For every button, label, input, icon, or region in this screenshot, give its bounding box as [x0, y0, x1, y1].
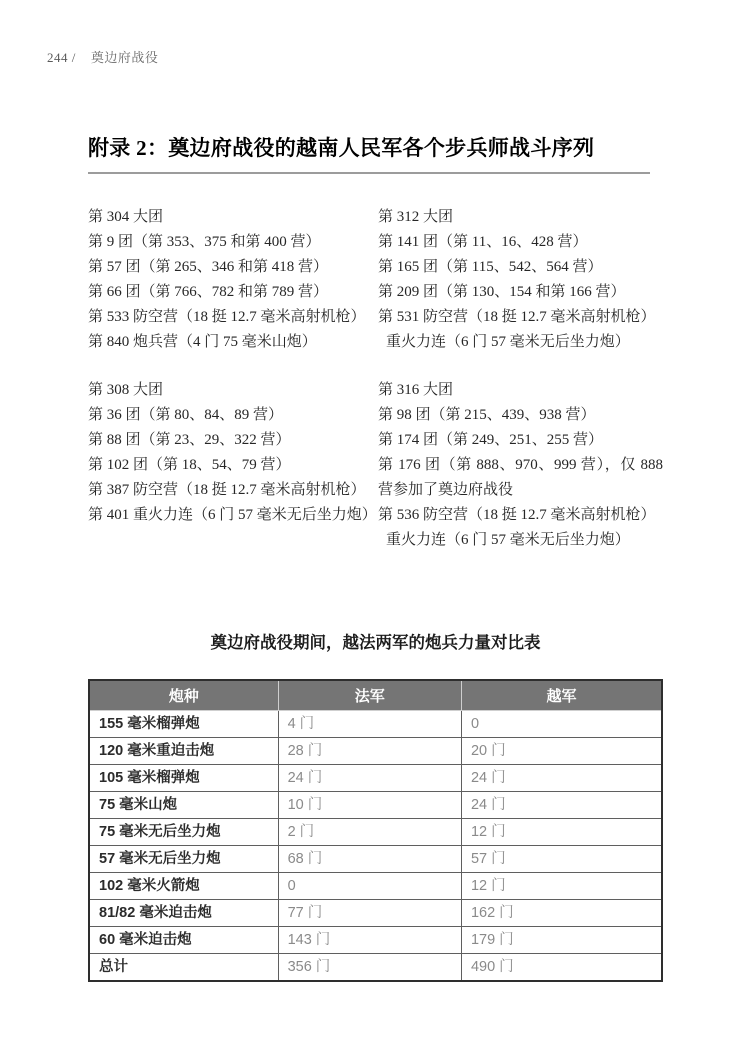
table-row: 75 毫米无后坐力炮2 门12 门 — [89, 819, 662, 846]
division-heading: 第 312 大团 — [378, 205, 663, 230]
page-content: 附录 2：奠边府战役的越南人民军各个步兵师战斗序列 第 304 大团第 9 团（… — [88, 0, 663, 982]
unit-line: 第 531 防空营（18 挺 12.7 毫米高射机枪） — [378, 305, 663, 330]
division-block: 第 316 大团第 98 团（第 215、439、938 营）第 174 团（第… — [378, 378, 663, 553]
artillery-type-cell: 105 毫米榴弹炮 — [89, 765, 278, 792]
french-count-cell: 143 门 — [278, 927, 461, 954]
viet-count-cell: 12 门 — [461, 873, 662, 900]
table-row: 120 毫米重迫击炮28 门20 门 — [89, 738, 662, 765]
page-number: 244 / — [47, 50, 76, 65]
viet-count-cell: 24 门 — [461, 792, 662, 819]
table-row: 81/82 毫米迫击炮77 门162 门 — [89, 900, 662, 927]
unit-line: 第 98 团（第 215、439、938 营） — [378, 403, 663, 428]
unit-line: 第 840 炮兵营（4 门 75 毫米山炮） — [88, 330, 378, 355]
order-of-battle-right-column: 第 312 大团第 141 团（第 11、16、428 营）第 165 团（第 … — [378, 205, 663, 553]
unit-line: 第 176 团（第 888、970、999 营），仅 888 — [378, 453, 663, 478]
col-header-viet-army: 越军 — [461, 680, 662, 711]
unit-line: 重火力连（6 门 57 毫米无后坐力炮） — [378, 528, 663, 553]
artillery-type-cell: 102 毫米火箭炮 — [89, 873, 278, 900]
artillery-type-cell: 57 毫米无后坐力炮 — [89, 846, 278, 873]
viet-count-cell: 12 门 — [461, 819, 662, 846]
unit-line: 第 102 团（第 18、54、79 营） — [88, 453, 378, 478]
col-header-artillery-type: 炮种 — [89, 680, 278, 711]
unit-line: 营参加了奠边府战役 — [378, 478, 663, 503]
french-count-cell: 77 门 — [278, 900, 461, 927]
col-header-french-army: 法军 — [278, 680, 461, 711]
unit-line: 第 401 重火力连（6 门 57 毫米无后坐力炮） — [88, 503, 378, 528]
table-row: 102 毫米火箭炮012 门 — [89, 873, 662, 900]
unit-line: 第 9 团（第 353、375 和第 400 营） — [88, 230, 378, 255]
table-row: 155 毫米榴弹炮4 门0 — [89, 711, 662, 738]
unit-line: 第 165 团（第 115、542、564 营） — [378, 255, 663, 280]
division-block: 第 312 大团第 141 团（第 11、16、428 营）第 165 团（第 … — [378, 205, 663, 355]
table-row: 75 毫米山炮10 门24 门 — [89, 792, 662, 819]
french-count-cell: 68 门 — [278, 846, 461, 873]
unit-line: 第 536 防空营（18 挺 12.7 毫米高射机枪） — [378, 503, 663, 528]
unit-line: 第 533 防空营（18 挺 12.7 毫米高射机枪） — [88, 305, 378, 330]
french-count-cell: 0 — [278, 873, 461, 900]
viet-count-cell: 24 门 — [461, 765, 662, 792]
artillery-type-cell: 75 毫米无后坐力炮 — [89, 819, 278, 846]
viet-count-cell: 57 门 — [461, 846, 662, 873]
viet-count-cell: 162 门 — [461, 900, 662, 927]
division-block: 第 308 大团第 36 团（第 80、84、89 营）第 88 团（第 23、… — [88, 378, 378, 528]
unit-line: 第 141 团（第 11、16、428 营） — [378, 230, 663, 255]
table-row: 105 毫米榴弹炮24 门24 门 — [89, 765, 662, 792]
division-heading: 第 308 大团 — [88, 378, 378, 403]
artillery-type-cell: 81/82 毫米迫击炮 — [89, 900, 278, 927]
order-of-battle: 第 304 大团第 9 团（第 353、375 和第 400 营）第 57 团（… — [88, 205, 663, 553]
unit-line: 第 174 团（第 249、251、255 营） — [378, 428, 663, 453]
unit-line: 第 209 团（第 130、154 和第 166 营） — [378, 280, 663, 305]
french-count-cell: 10 门 — [278, 792, 461, 819]
french-count-cell: 2 门 — [278, 819, 461, 846]
division-block: 第 304 大团第 9 团（第 353、375 和第 400 营）第 57 团（… — [88, 205, 378, 355]
artillery-type-cell: 60 毫米迫击炮 — [89, 927, 278, 954]
viet-count-cell: 490 门 — [461, 954, 662, 982]
appendix-title: 附录 2：奠边府战役的越南人民军各个步兵师战斗序列 — [88, 0, 663, 162]
unit-line: 第 66 团（第 766、782 和第 789 营） — [88, 280, 378, 305]
artillery-type-cell: 75 毫米山炮 — [89, 792, 278, 819]
unit-line: 第 57 团（第 265、346 和第 418 营） — [88, 255, 378, 280]
unit-line: 第 88 团（第 23、29、322 营） — [88, 428, 378, 453]
unit-line: 第 387 防空营（18 挺 12.7 毫米高射机枪） — [88, 478, 378, 503]
french-count-cell: 4 门 — [278, 711, 461, 738]
table-total-row: 总计356 门490 门 — [89, 954, 662, 982]
artillery-comparison-table: 炮种法军越军 155 毫米榴弹炮4 门0120 毫米重迫击炮28 门20 门10… — [88, 679, 663, 982]
division-heading: 第 316 大团 — [378, 378, 663, 403]
viet-count-cell: 20 门 — [461, 738, 662, 765]
artillery-type-cell: 120 毫米重迫击炮 — [89, 738, 278, 765]
artillery-type-cell: 155 毫米榴弹炮 — [89, 711, 278, 738]
viet-count-cell: 179 门 — [461, 927, 662, 954]
unit-line: 第 36 团（第 80、84、89 营） — [88, 403, 378, 428]
table-header-row: 炮种法军越军 — [89, 680, 662, 711]
table-row: 60 毫米迫击炮143 门179 门 — [89, 927, 662, 954]
french-count-cell: 356 门 — [278, 954, 461, 982]
comparison-table-title: 奠边府战役期间，越法两军的炮兵力量对比表 — [88, 633, 663, 654]
french-count-cell: 24 门 — [278, 765, 461, 792]
division-heading: 第 304 大团 — [88, 205, 378, 230]
unit-line: 重火力连（6 门 57 毫米无后坐力炮） — [378, 330, 663, 355]
order-of-battle-left-column: 第 304 大团第 9 团（第 353、375 和第 400 营）第 57 团（… — [88, 205, 378, 553]
viet-count-cell: 0 — [461, 711, 662, 738]
french-count-cell: 28 门 — [278, 738, 461, 765]
artillery-type-cell: 总计 — [89, 954, 278, 982]
table-row: 57 毫米无后坐力炮68 门57 门 — [89, 846, 662, 873]
title-rule — [88, 172, 650, 174]
